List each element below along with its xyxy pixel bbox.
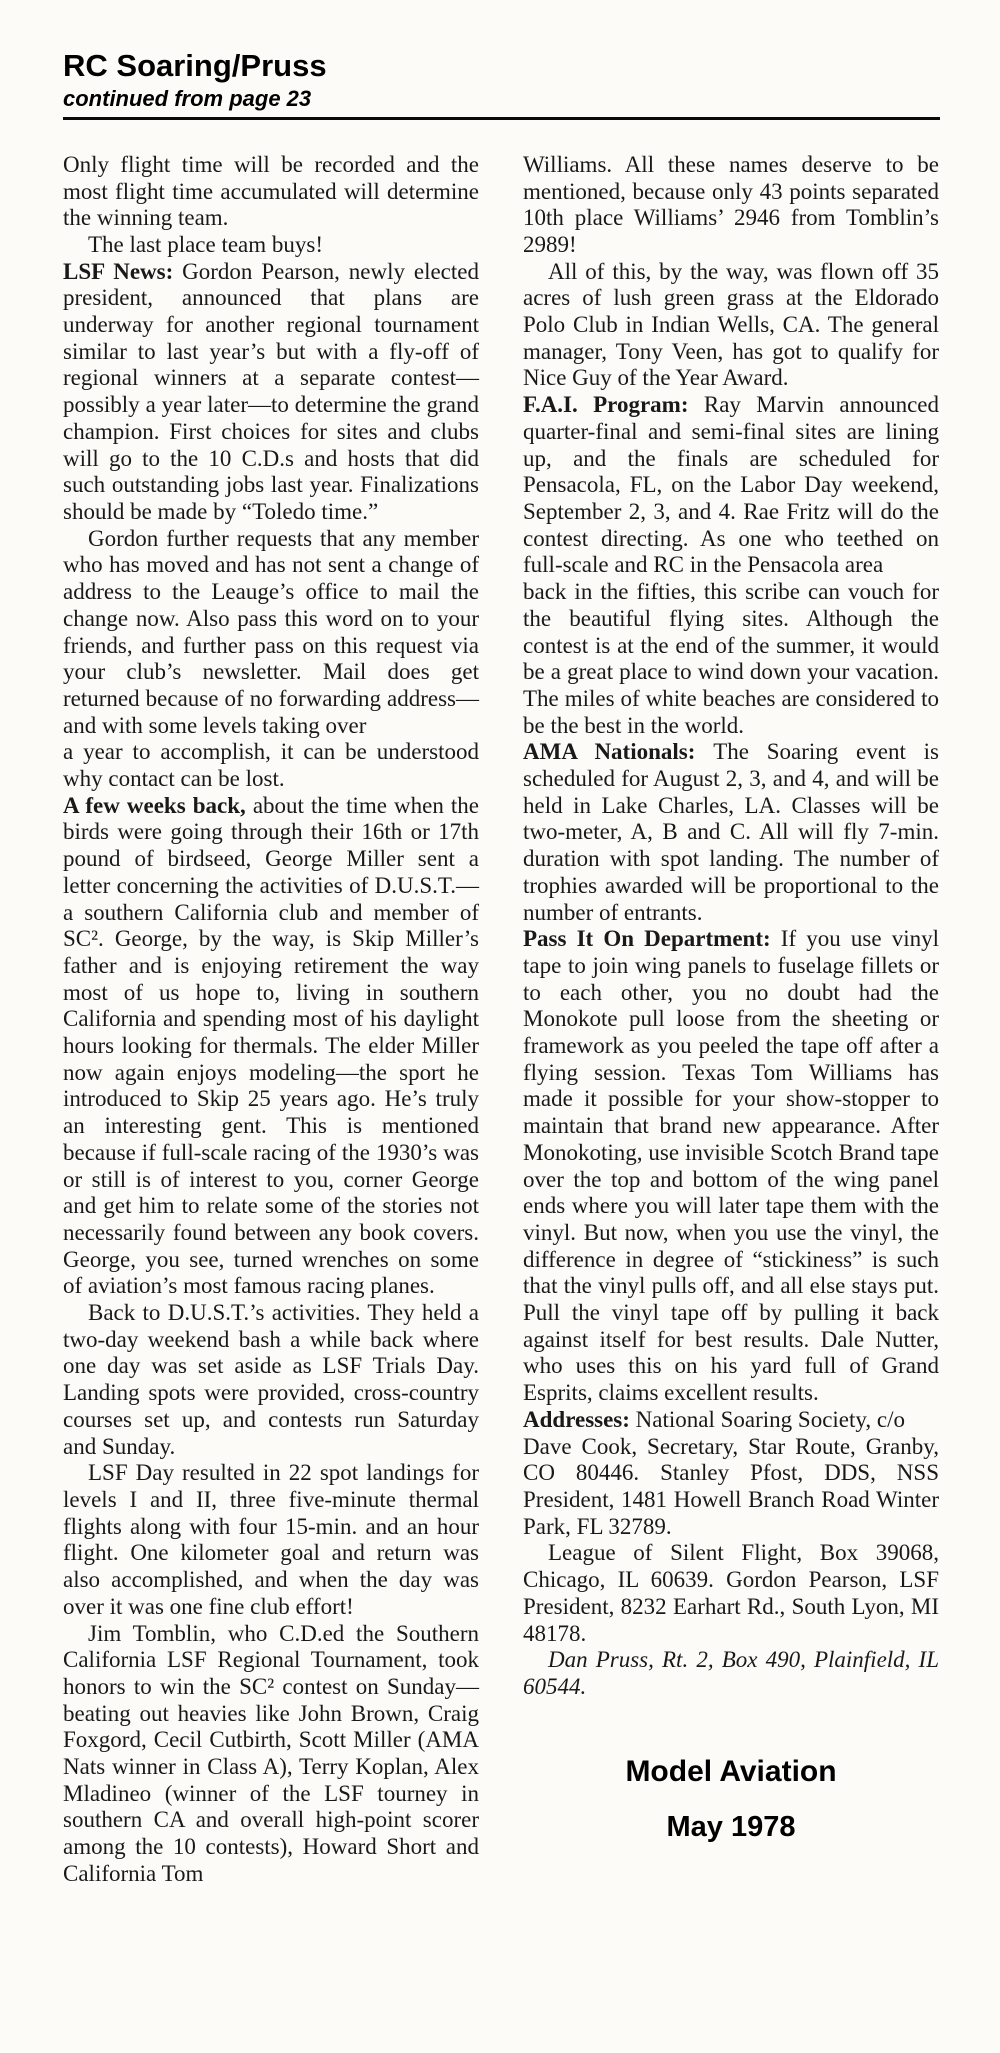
paragraph-text: Williams. All these names deserve to be … — [523, 152, 939, 257]
article-title: RC Soaring/Pruss — [63, 50, 940, 83]
paragraph-lsf-address: League of Silent Flight, Box 39068, Chic… — [523, 1540, 939, 1647]
paragraph-text: Gordon further requests that any member … — [63, 526, 479, 738]
paragraph-text: about the time when the birds were going… — [63, 793, 479, 1299]
section-ama-nationals: AMA Nationals: The Soaring event is sche… — [523, 739, 939, 926]
paragraph-text: Only flight time will be recorded and th… — [63, 152, 479, 230]
paragraph-last-place: The last place team buys! — [63, 232, 479, 259]
section-lead: Addresses: — [523, 1407, 636, 1432]
continued-from-note: continued from page 23 — [63, 86, 940, 111]
right-column: Williams. All these names deserve to be … — [523, 152, 939, 1888]
paragraph-text: a year to accomplish, it can be understo… — [63, 739, 479, 791]
paragraph-text: The Soaring event is scheduled for Augus… — [523, 739, 939, 924]
paragraph-text: Gordon Pearson, newly elected president,… — [63, 259, 479, 524]
section-lead: Pass It On Department: — [523, 926, 781, 951]
byline-text: Dan Pruss, Rt. 2, Box 490, Plainfield, I… — [523, 1647, 939, 1699]
section-addresses: Addresses: National Soaring Society, c/o — [523, 1407, 939, 1434]
paragraph-text: National Soaring Society, c/o — [636, 1407, 905, 1432]
paragraph-text: Ray Marvin announced quarter-final and s… — [523, 392, 939, 577]
paragraph-nss-address: Dave Cook, Secretary, Star Route, Granby… — [523, 1434, 939, 1541]
section-few-weeks-back: A few weeks back, about the time when th… — [63, 793, 479, 1300]
author-byline: Dan Pruss, Rt. 2, Box 490, Plainfield, I… — [523, 1647, 939, 1700]
paragraph-pensacola-cont: back in the fifties, this scribe can vou… — [523, 579, 939, 739]
paragraph-contact-lost: a year to accomplish, it can be understo… — [63, 739, 479, 792]
paragraph-jim-tomblin: Jim Tomblin, who C.D.ed the Southern Cal… — [63, 1621, 479, 1888]
magazine-page: RC Soaring/Pruss continued from page 23 … — [0, 0, 1000, 1888]
paragraph-williams: Williams. All these names deserve to be … — [523, 152, 939, 259]
paragraph-text: League of Silent Flight, Box 39068, Chic… — [523, 1540, 939, 1645]
section-lead: AMA Nationals: — [523, 739, 713, 764]
paragraph-dust-activities: Back to D.U.S.T.’s activities. They held… — [63, 1300, 479, 1460]
paragraph-text: Jim Tomblin, who C.D.ed the Southern Cal… — [63, 1621, 479, 1886]
section-lead: LSF News: — [63, 259, 182, 284]
paragraph-flight-time: Only flight time will be recorded and th… — [63, 152, 479, 232]
section-lead: A few weeks back, — [63, 793, 253, 818]
issue-date: May 1978 — [523, 1811, 939, 1844]
header-rule — [63, 117, 940, 120]
paragraph-text: The last place team buys! — [88, 232, 323, 257]
magazine-title: Model Aviation — [523, 1755, 939, 1789]
paragraph-text: If you use vinyl tape to join wing panel… — [523, 926, 939, 1405]
article-masthead: RC Soaring/Pruss continued from page 23 — [63, 50, 940, 120]
article-columns: Only flight time will be recorded and th… — [63, 152, 940, 1888]
paragraph-text: Back to D.U.S.T.’s activities. They held… — [63, 1300, 479, 1459]
paragraph-text: back in the fifties, this scribe can vou… — [523, 579, 939, 738]
paragraph-text: LSF Day resulted in 22 spot landings for… — [63, 1460, 479, 1619]
section-lead: F.A.I. Program: — [523, 392, 704, 417]
section-pass-it-on: Pass It On Department: If you use vinyl … — [523, 926, 939, 1407]
paragraph-text: All of this, by the way, was flown off 3… — [523, 259, 939, 391]
paragraph-text: Dave Cook, Secretary, Star Route, Granby… — [523, 1434, 939, 1539]
section-fai-program: F.A.I. Program: Ray Marvin announced qua… — [523, 392, 939, 579]
paragraph-eldorado: All of this, by the way, was flown off 3… — [523, 259, 939, 393]
paragraph-lsf-day: LSF Day resulted in 22 spot landings for… — [63, 1460, 479, 1620]
section-lsf-news: LSF News: Gordon Pearson, newly elected … — [63, 259, 479, 526]
paragraph-gordon-requests: Gordon further requests that any member … — [63, 526, 479, 740]
left-column: Only flight time will be recorded and th… — [63, 152, 479, 1888]
